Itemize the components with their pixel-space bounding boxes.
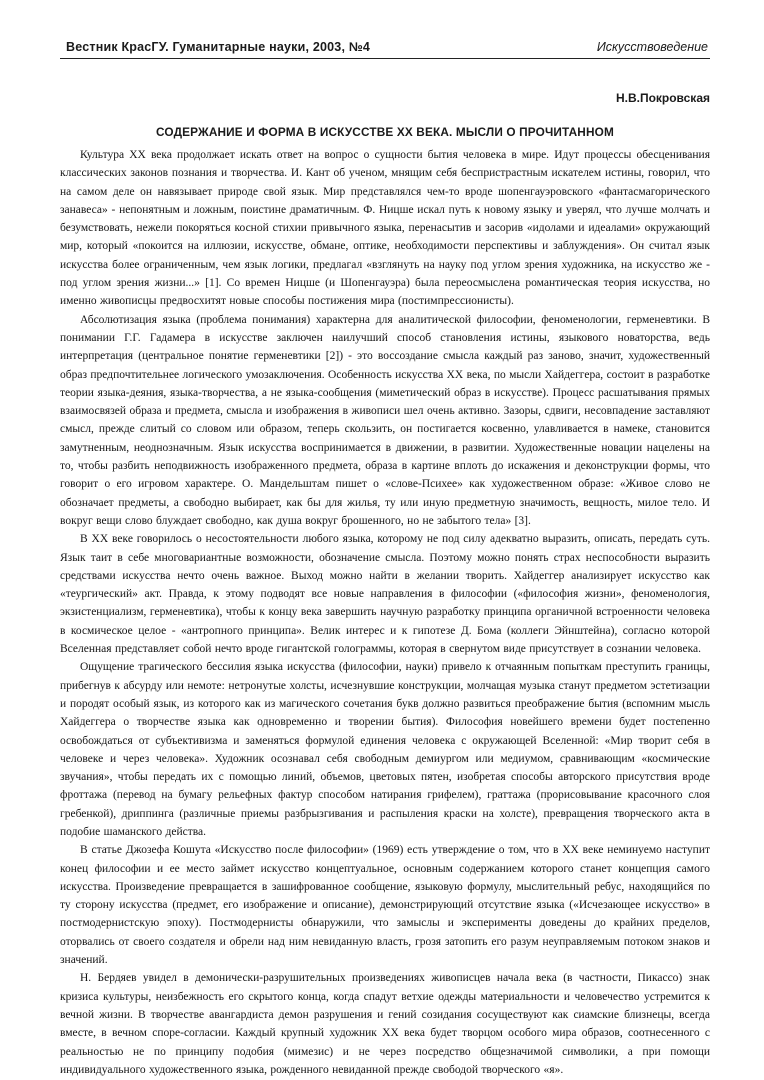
paragraph: Ощущение трагического бессилия языка иск… (60, 658, 710, 841)
journal-page: Вестник КрасГУ. Гуманитарные науки, 2003… (0, 0, 764, 1080)
article-title: СОДЕРЖАНИЕ И ФОРМА В ИСКУССТВЕ XX ВЕКА. … (60, 125, 710, 139)
paragraph: Абсолютизация языка (проблема понимания)… (60, 311, 710, 531)
paragraph: Культура XX века продолжает искать ответ… (60, 146, 710, 311)
article-author: Н.В.Покровская (60, 91, 710, 105)
paragraph: В XX веке говорилось о несостоятельности… (60, 530, 710, 658)
article-body: Культура XX века продолжает искать ответ… (60, 146, 710, 1079)
paragraph: В статье Джозефа Кошута «Искусство после… (60, 841, 710, 969)
page-header: Вестник КрасГУ. Гуманитарные науки, 2003… (60, 40, 710, 59)
paragraph: Н. Бердяев увидел в демонически-разрушит… (60, 969, 710, 1079)
journal-section-label: Искусствоведение (597, 40, 708, 54)
journal-title: Вестник КрасГУ. Гуманитарные науки, 2003… (66, 40, 370, 54)
